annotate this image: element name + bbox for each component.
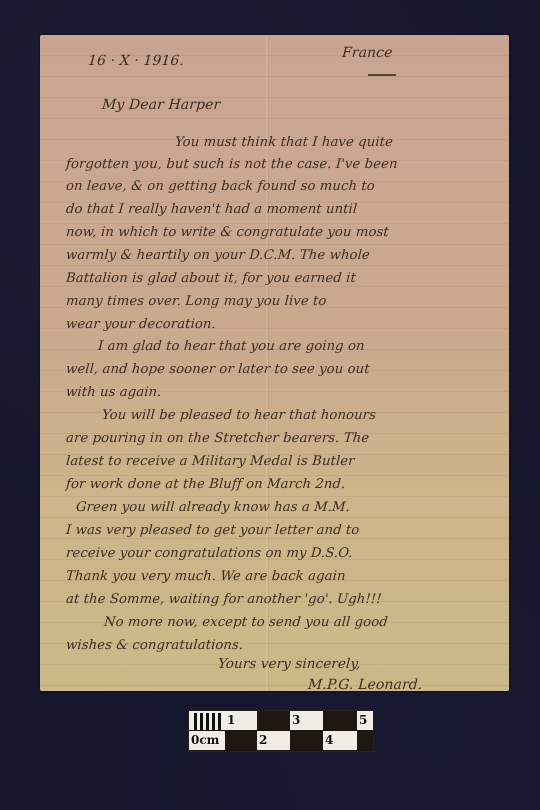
body-line: Thank you very much. We are back again <box>65 569 346 584</box>
body-line: No more now, except to send you all good <box>103 615 388 630</box>
salutation: My Dear Harper <box>101 97 220 113</box>
body-line: latest to receive a Military Medal is Bu… <box>65 454 355 469</box>
scale-label-2: 2 <box>257 731 290 750</box>
signature: M.P.G. Leonard. <box>307 677 423 693</box>
body-line: now, in which to write & congratulate yo… <box>65 225 389 240</box>
scale-bar: 1 3 5 0cm 2 4 <box>188 710 374 752</box>
scale-block-dark <box>357 731 373 750</box>
body-line: receive your congratulations on my D.S.O… <box>65 546 353 561</box>
scale-block-dark <box>290 731 323 750</box>
body-line: with us again. <box>65 385 161 400</box>
body-line: Green you will already know has a M.M. <box>75 500 350 515</box>
body-line: You must think that I have quite <box>174 135 393 150</box>
letter-date: 16 · X · 1916. <box>87 53 184 69</box>
scale-label-4: 4 <box>323 731 357 750</box>
scale-label-1: 1 <box>225 711 257 730</box>
scale-block-dark <box>323 711 357 730</box>
letter-place: France <box>341 45 393 61</box>
body-line: wishes & congratulations. <box>65 638 243 653</box>
scale-unit-label: 0cm <box>189 731 225 750</box>
letter-sheet: 16 · X · 1916. France My Dear Harper You… <box>40 35 509 691</box>
scale-block-dark <box>225 731 257 750</box>
body-line: for work done at the Bluff on March 2nd. <box>65 477 345 492</box>
scale-label-5: 5 <box>357 711 373 730</box>
body-line: warmly & heartily on your D.C.M. The who… <box>65 248 370 263</box>
scale-mm-block <box>189 711 225 730</box>
body-line: You will be pleased to hear that honours <box>101 408 376 423</box>
body-line: wear your decoration. <box>65 317 216 332</box>
body-line: Battalion is glad about it, for you earn… <box>65 271 356 286</box>
body-line: at the Somme, waiting for another 'go'. … <box>65 592 382 607</box>
body-line: do that I really haven't had a moment un… <box>65 202 357 217</box>
place-underline <box>368 74 396 76</box>
body-line: I was very pleased to get your letter an… <box>65 523 359 538</box>
body-line: I am glad to hear that you are going on <box>97 339 365 354</box>
scale-mm-ticks <box>191 713 223 730</box>
scale-label-3: 3 <box>290 711 323 730</box>
body-line: on leave, & on getting back found so muc… <box>65 179 375 194</box>
body-line: many times over. Long may you live to <box>65 294 327 309</box>
scale-block-dark <box>257 711 290 730</box>
body-line: forgotten you, but such is not the case.… <box>65 157 398 172</box>
body-line: well, and hope sooner or later to see yo… <box>65 362 370 377</box>
closing: Yours very sincerely, <box>217 656 361 672</box>
body-line: are pouring in on the Stretcher bearers.… <box>65 431 369 446</box>
